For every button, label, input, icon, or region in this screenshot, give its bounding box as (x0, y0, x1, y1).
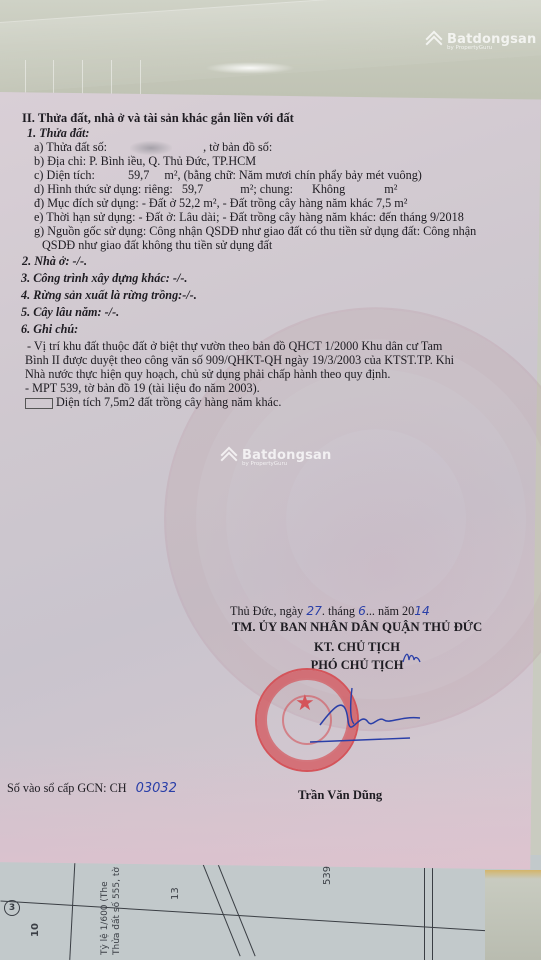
map-parcel-label: Thửa đất số 555, tờ bả (112, 853, 122, 955)
area-line: c) Diện tích: 59,7 m², (bằng chữ: Năm mư… (34, 168, 422, 183)
signer-position: PHÓ CHỦ TỊCH (222, 658, 492, 673)
section-title: II. Thửa đất, nhà ở và tài sản khác gắn … (22, 111, 294, 126)
area-in-words: m², (bằng chữ: Năm mươi chín phẩy bảy mé… (164, 168, 422, 182)
year-handwritten: 14 (414, 604, 430, 618)
register-label: Số vào sổ cấp GCN: CH (7, 781, 127, 795)
usage-term-line: e) Thời hạn sử dụng: - Đất ở: Lâu dài; -… (34, 210, 464, 225)
register-line: Số vào sổ cấp GCN: CH 03032 (7, 781, 177, 797)
item-other-construction: 3. Công trình xây dựng khác: -/-. (21, 271, 187, 286)
area-label: c) Diện tích: (34, 168, 95, 182)
land-heading: 1. Thửa đất: (27, 126, 90, 141)
place-date-line: Thủ Đức, ngày 27. tháng 6... năm 2014 (230, 604, 430, 619)
origin-line-1: g) Nguồn gốc sử dụng: Công nhận QSDĐ như… (34, 224, 476, 239)
map-point-marker: 3 (4, 900, 20, 916)
year-printed: 20 (402, 604, 414, 618)
note-line-1: - Vị trí khu đất thuộc đất ở biệt thự vư… (27, 339, 442, 354)
parcel-number-line: a) Thửa đất số: , tờ bản đồ số: (34, 140, 272, 155)
batdongsan-logo-icon (425, 31, 443, 49)
item-house: 2. Nhà ở: -/-. (22, 254, 87, 269)
on-behalf-title: KT. CHỦ TỊCH (222, 640, 492, 655)
month-handwritten: 6 (358, 604, 366, 618)
watermark-center: Batdongsan by PropertyGuru (220, 444, 331, 467)
year-label: năm (378, 604, 399, 618)
plastic-sleeve (0, 0, 541, 105)
common-label: m²; chung: (240, 182, 293, 196)
day-handwritten: 27 (306, 604, 322, 618)
private-area: 59,7 (182, 182, 203, 196)
item-planted-forest: 4. Rừng sản xuất là rừng trồng:-/-. (21, 288, 197, 303)
parcel-number-label: a) Thửa đất số: (34, 140, 107, 154)
common-area: Không (312, 182, 345, 196)
month-label: tháng (328, 604, 355, 618)
batdongsan-logo-icon (220, 447, 238, 465)
usage-purpose-line: đ) Mục đích sử dụng: - Đất ở 52,2 m², - … (34, 196, 407, 211)
map-sheet-label: , tờ bản đồ số: (203, 140, 272, 154)
item-notes-heading: 6. Ghi chú: (21, 322, 78, 337)
map-sheet: Tỷ lệ 1/600 (The Thửa đất số 555, tờ bả … (0, 855, 541, 960)
area-value: 59,7 (128, 168, 149, 182)
note-line-3: Nhà nước thực hiện quy hoạch, chủ sử dụn… (25, 367, 390, 382)
origin-line-2: QSDĐ như giao đất không thu tiền sử dụng… (42, 238, 272, 253)
address-line: b) Địa chỉ: P. Bình iều, Q. Thủ Đức, TP.… (34, 154, 256, 169)
register-number-handwritten: 03032 (136, 781, 177, 796)
watermark-top: Batdongsan by PropertyGuru (425, 28, 536, 51)
initials-mark (400, 648, 422, 666)
map-label-539: 539 (322, 866, 333, 885)
signature (300, 680, 430, 750)
map-scale-label: Tỷ lệ 1/600 (The (100, 881, 110, 955)
issuing-authority: TM. ỦY BAN NHÂN DÂN QUẬN THỦ ĐỨC (222, 620, 492, 635)
note-line-4: - MPT 539, tờ bản đồ 19 (tài liệu đo năm… (25, 381, 260, 396)
note-line-5-text: Diện tích 7,5m2 đất trồng cây hàng năm k… (56, 395, 281, 409)
item-perennial-trees: 5. Cây lâu năm: -/-. (21, 305, 119, 320)
light-glare (205, 62, 295, 74)
note-line-5: Diện tích 7,5m2 đất trồng cây hàng năm k… (25, 395, 281, 410)
map-label-13: 13 (170, 887, 181, 900)
common-unit: m² (384, 182, 397, 196)
legend-box-symbol (25, 398, 53, 409)
note-line-2: Bình II được duyệt theo công văn số 909/… (25, 353, 454, 368)
usage-form-line: d) Hình thức sử dụng: riêng: 59,7 m²; ch… (34, 182, 397, 197)
usage-form-label: d) Hình thức sử dụng: riêng: (34, 182, 173, 196)
signer-name: Trần Văn Dũng (298, 788, 382, 803)
tape-corner (485, 870, 541, 960)
map-label-10: 10 (30, 923, 41, 937)
place-date-prefix: Thủ Đức, ngày (230, 604, 303, 618)
